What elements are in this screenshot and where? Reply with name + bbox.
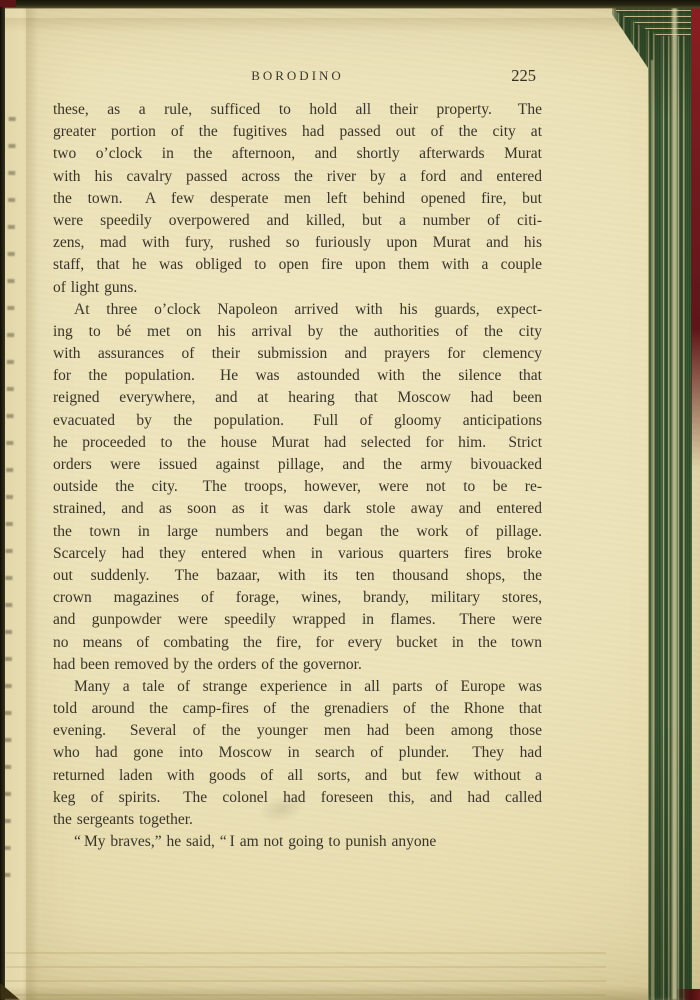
text-line: two o’clock in the afternoon, and shortl… — [53, 143, 542, 165]
text-line: these, as a rule, sufficed to hold all t… — [53, 99, 542, 121]
text-line: returned laden with goods of all sorts, … — [53, 765, 542, 787]
printed-page-content: BORODINO 225 these, as a rule, sufficed … — [0, 0, 700, 1000]
text-line: of light guns. — [53, 277, 542, 299]
text-line: the town. A few desperate men left behin… — [53, 188, 542, 210]
text-line: and gunpowder were speedily wrapped in f… — [53, 609, 542, 631]
text-line: for the population. He was astounded wit… — [53, 365, 542, 387]
page-header: BORODINO 225 — [53, 68, 542, 88]
text-line: At three o’clock Napoleon arrived with h… — [53, 299, 542, 321]
running-title: BORODINO — [53, 68, 542, 84]
text-line: outside the city. The troops, however, w… — [53, 476, 542, 498]
text-line: “ My braves,” he said, “ I am not going … — [53, 831, 542, 853]
text-line: told around the camp-fires of the grenad… — [53, 698, 542, 720]
text-line: Scarcely had they entered when in variou… — [53, 543, 542, 565]
text-line: no means of combating the fire, for ever… — [53, 632, 542, 654]
text-line: reigned everywhere, and at hearing that … — [53, 387, 542, 409]
text-line: strained, and as soon as it was dark sto… — [53, 498, 542, 520]
text-line: he proceeded to the house Murat had sele… — [53, 432, 542, 454]
text-line: crown magazines of forage, wines, brandy… — [53, 587, 542, 609]
text-line: the town in large numbers and began the … — [53, 521, 542, 543]
text-line: who had gone into Moscow in search of pl… — [53, 742, 542, 764]
text-line: keg of spirits. The colonel had foreseen… — [53, 787, 542, 809]
text-line: were speedily overpowered and killed, bu… — [53, 210, 542, 232]
text-line: Many a tale of strange experience in all… — [53, 676, 542, 698]
text-line: staff, that he was obliged to open fire … — [53, 254, 542, 276]
text-line: evacuated by the population. Full of glo… — [53, 410, 542, 432]
text-line: with his cavalry passed across the river… — [53, 166, 542, 188]
text-line: orders were issued against pillage, and … — [53, 454, 542, 476]
text-line: had been removed by the orders of the go… — [53, 654, 542, 676]
text-line: with assurances of their submission and … — [53, 343, 542, 365]
text-line: out suddenly. The bazaar, with its ten t… — [53, 565, 542, 587]
text-block: these, as a rule, sufficed to hold all t… — [53, 99, 542, 853]
text-line: the sergeants together. — [53, 809, 542, 831]
text-line: evening. Several of the younger men had … — [53, 720, 542, 742]
text-line: zens, mad with fury, rushed so furiously… — [53, 232, 542, 254]
text-line: ing to bé met on his arrival by the auth… — [53, 321, 542, 343]
book-scan: BORODINO 225 these, as a rule, sufficed … — [0, 0, 700, 1000]
page-number: 225 — [511, 66, 536, 86]
text-line: greater portion of the fugitives had pas… — [53, 121, 542, 143]
